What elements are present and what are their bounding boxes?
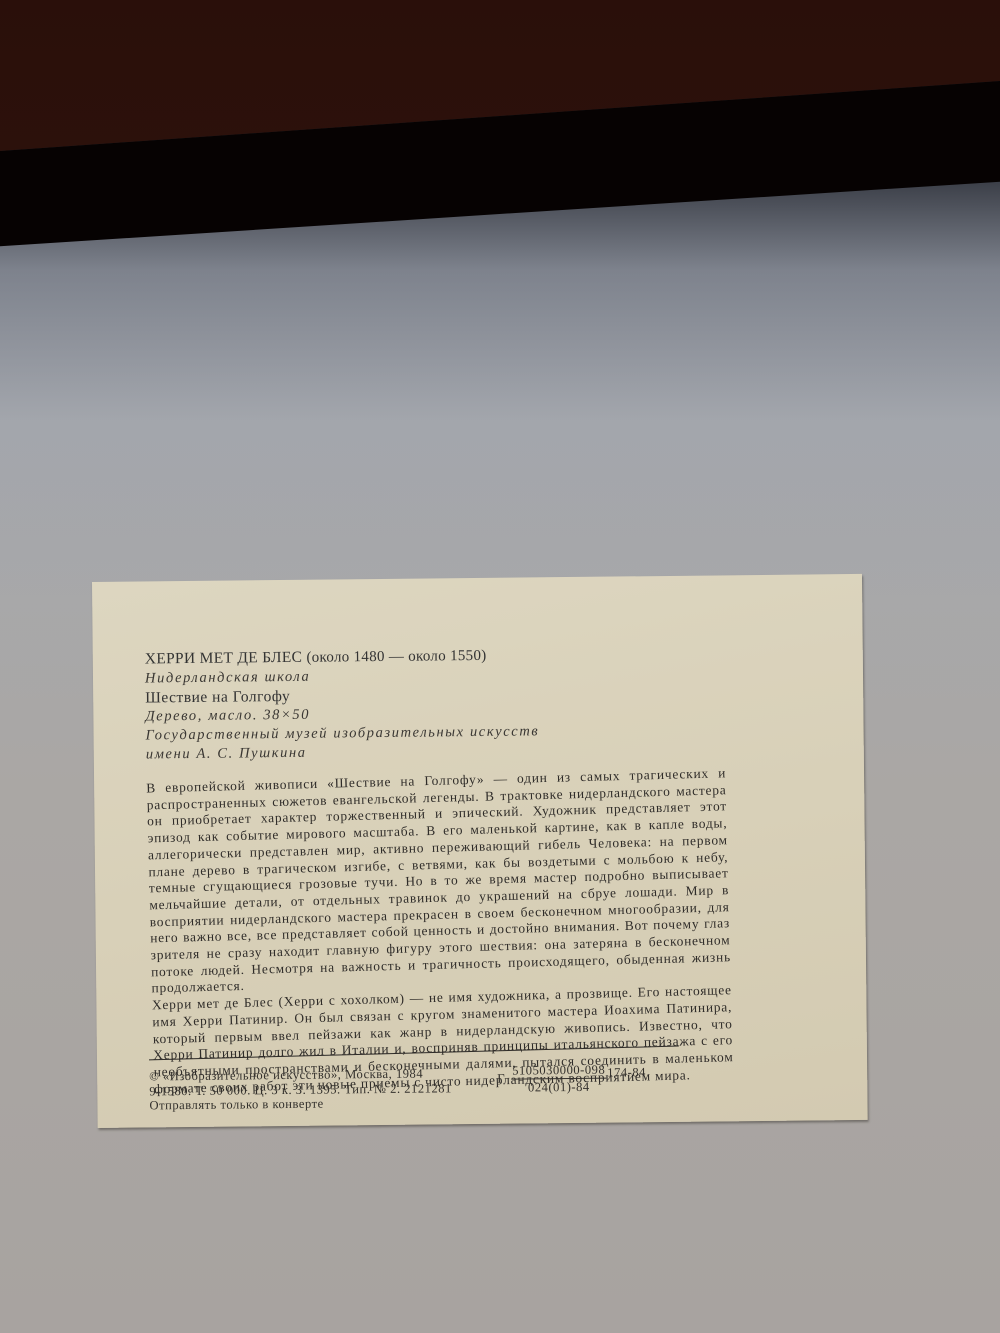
postcard-text-block: ХЕРРИ МЕТ ДЕ БЛЕС (около 1480 — около 15…	[145, 643, 730, 1097]
artist-dates: (около 1480 — около 1550)	[306, 648, 486, 666]
index-denominator: 024(01)-84	[528, 1079, 590, 1095]
index-numerator: 5105030000-098	[511, 1063, 606, 1080]
postcard-back: ХЕРРИ МЕТ ДЕ БЛЕС (около 1480 — около 15…	[92, 574, 868, 1128]
index-fraction: 5105030000-098 024(01)-84	[511, 1063, 606, 1095]
catalog-index: Г 5105030000-098 024(01)-84 174-84	[497, 1062, 646, 1095]
artwork-description: В европейской живописи «Шествие на Голго…	[146, 765, 734, 1097]
publisher-imprint: © «Изобразительное искусство», Москва, 1…	[149, 1063, 769, 1113]
index-suffix: 174-84	[607, 1065, 646, 1080]
index-letter: Г	[497, 1072, 505, 1087]
description-paragraph-1: В европейской живописи «Шествие на Голго…	[146, 765, 731, 997]
artist-name: ХЕРРИ МЕТ ДЕ БЛЕС	[145, 649, 303, 668]
